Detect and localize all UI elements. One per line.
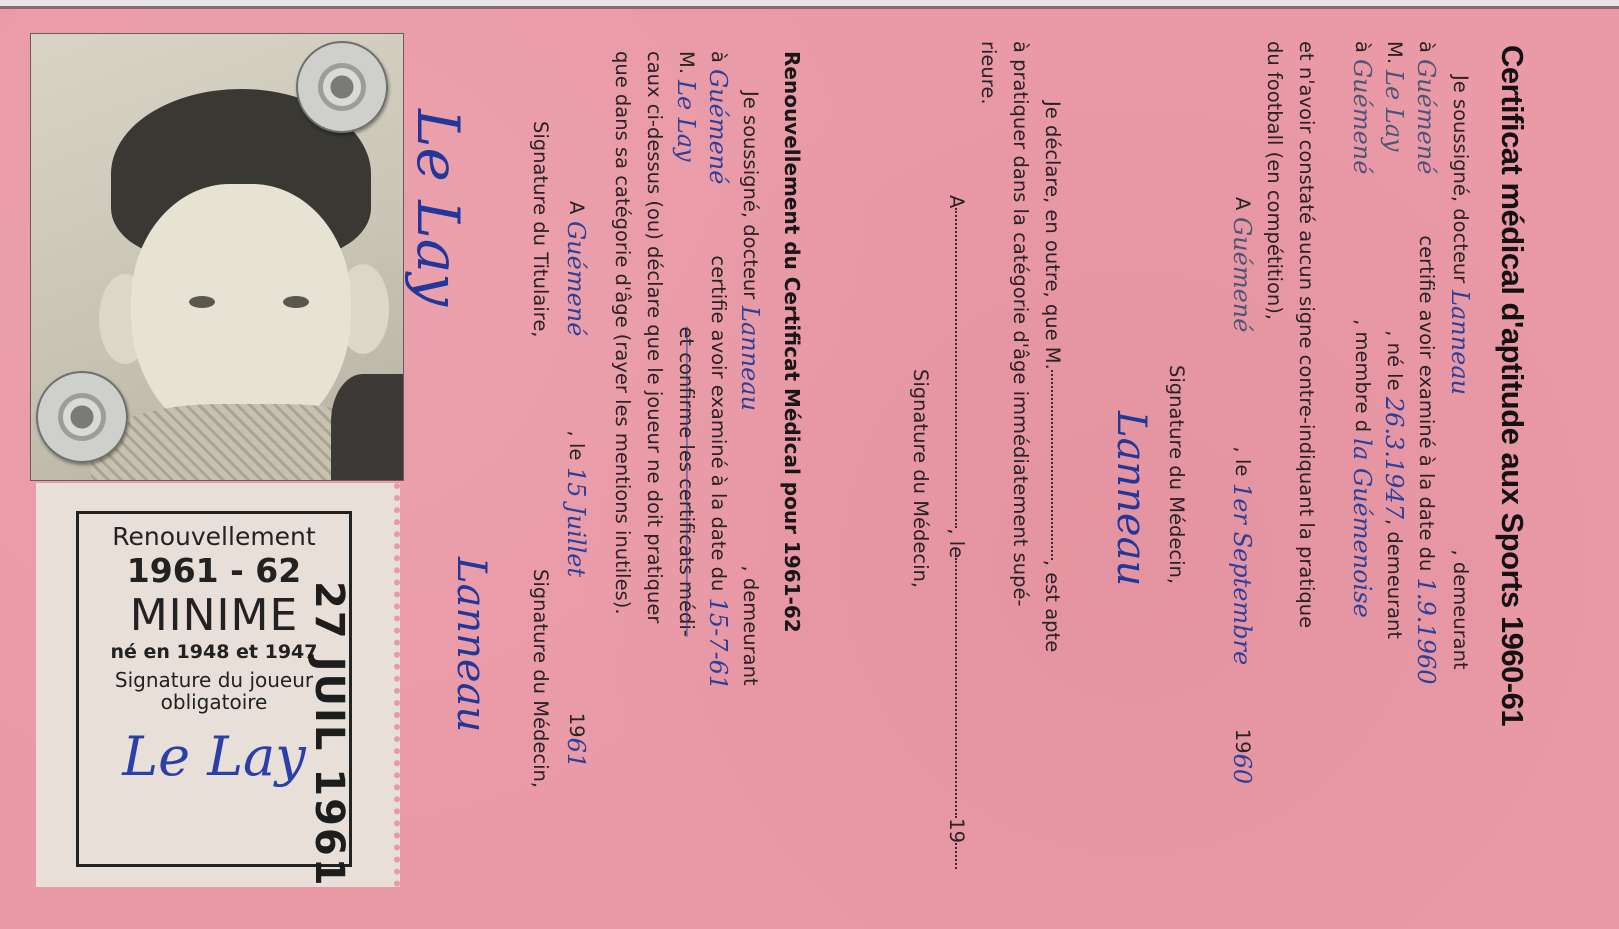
renew-city-field: Guémené xyxy=(702,69,734,249)
birth-date-field: 26.3.1947 xyxy=(1380,397,1408,519)
renew-line-3: M. Le Lay et confirme les certificats mé… xyxy=(670,51,702,637)
renew-doctor-signature: Lanneau xyxy=(448,557,494,732)
photo-eye-right xyxy=(283,296,309,308)
cert-year-field: 60 xyxy=(1228,754,1256,785)
holder-signature-large: Le Lay xyxy=(404,109,472,306)
cert-line-6: du football (en compétition), xyxy=(1258,41,1290,320)
club-field: la Guémenoise xyxy=(1348,438,1376,618)
cert-doctor-sig-label: Signature du Médecin, xyxy=(1160,365,1192,584)
renew-line-1: Je soussigné, docteur Lanneau, demeurant xyxy=(734,91,766,686)
cert-doctor-signature: Lanneau xyxy=(1108,411,1154,586)
renew-place-field: Guémené xyxy=(560,221,592,431)
upper-line-3: rieure. xyxy=(972,41,1004,105)
renew-line-6: A Guémené, le 15 Juillet 1961 xyxy=(560,201,592,768)
upper-player-field xyxy=(1051,370,1053,560)
cert-line-3: M. Le Lay, né le 26.3.1947, demeurant xyxy=(1378,41,1410,639)
eyelet-icon xyxy=(296,41,388,133)
upper-date-field xyxy=(955,558,957,818)
exam-date-field: 1.9.1960 xyxy=(1412,578,1440,685)
photo-eye-left xyxy=(189,296,215,308)
doctor-name-field: Lanneau xyxy=(1444,290,1476,550)
upper-line-4: A, le19 xyxy=(940,195,972,869)
upper-year-field xyxy=(955,843,957,869)
cert-line-4: à Guémené, membre d la Guémenoise xyxy=(1346,41,1378,618)
certificate-title: Certificat médical d'aptitude aux Sports… xyxy=(1494,45,1530,726)
renew-doctor-sig-label: Signature du Médecin, xyxy=(524,569,556,788)
cancellation-postmark: 27 JUIL 1961 xyxy=(292,581,352,881)
player-city-field: Guémené xyxy=(1346,59,1378,319)
cert-line-7: A Guémené, le 1er Septembre 1960 xyxy=(1226,197,1258,784)
renew-line-2: à Guémené certifie avoir examiné à la da… xyxy=(702,51,734,690)
stamp-renewal-label: Renouvellement xyxy=(79,522,349,551)
cert-line-1: Je soussigné, docteur Lanneau, demeurant xyxy=(1444,75,1476,670)
renew-doctor-field: Lanneau xyxy=(734,306,766,566)
cert-place-field: Guémené xyxy=(1226,217,1258,447)
renew-line-5: que dans sa catégorie d'âge (rayer les m… xyxy=(606,51,638,615)
renew-date-field: 15 Juillet xyxy=(560,467,592,707)
player-name-field: Le Lay xyxy=(1378,70,1410,330)
photo-jacket xyxy=(331,374,404,481)
eyelet-icon xyxy=(36,371,128,463)
certificate-card: Renouvellement 1961 - 62 MINIME né en 19… xyxy=(0,6,1619,929)
upper-place-field xyxy=(955,208,957,528)
upper-line-2: à pratiquer dans la catégorie d'âge immé… xyxy=(1004,41,1036,607)
renew-line-4: caux ci-dessus (ou) déclare que le joueu… xyxy=(638,51,670,623)
doctor-city-field: Guémené xyxy=(1410,59,1442,229)
upper-sig-label: Signature du Médecin, xyxy=(904,369,936,588)
renew-exam-date-field: 15-7-61 xyxy=(704,598,732,691)
cert-date-field: 1er Septembre xyxy=(1226,483,1258,723)
renewal-title: Renouvellement du Certificat Médical pou… xyxy=(780,51,804,633)
upper-line-1: Je déclare, en outre, que M., est apte xyxy=(1036,101,1068,652)
cert-line-5: et n'avoir constaté aucun signe contre-i… xyxy=(1290,41,1322,628)
renew-holder-sig-label: Signature du Titulaire, xyxy=(524,121,556,338)
renew-year-field: 61 xyxy=(562,738,590,769)
cert-line-2: à Guémené certifie avoir examiné à la da… xyxy=(1410,41,1442,685)
renew-player-field: Le Lay xyxy=(670,80,702,320)
